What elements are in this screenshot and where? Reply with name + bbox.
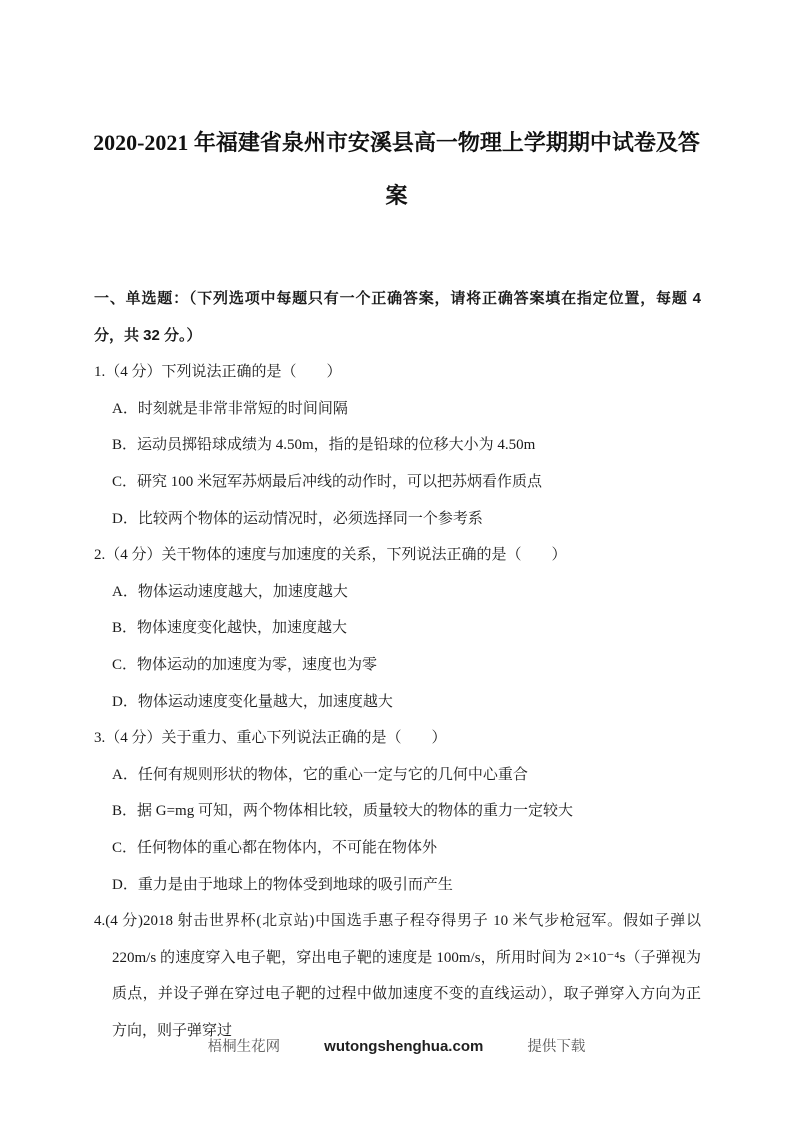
question-2-option-c: C．物体运动的加速度为零，速度也为零 [94,647,701,684]
footer-download-label: 提供下载 [527,1036,585,1058]
question-1-stem: 1.（4 分）下列说法正确的是（ ） [94,354,701,391]
question-4: 4.(4 分)2018 射击世界杯(北京站)中国选手惠子程夺得男子 10 米气步… [94,903,701,1049]
document-title-line-2: 案 [52,169,741,222]
question-1-option-b: B．运动员掷铅球成绩为 4.50m，指的是铅球的位移大小为 4.50m [94,427,701,464]
question-4-stem: 4.(4 分)2018 射击世界杯(北京站)中国选手惠子程夺得男子 10 米气步… [94,903,701,1049]
exam-body: 一、单选题：（下列选项中每题只有一个正确答案，请将正确答案填在指定位置，每题 4… [94,281,701,1049]
document-title-line-1: 2020-2021 年福建省泉州市安溪县高一物理上学期期中试卷及答 [52,116,741,169]
page-footer: 梧桐生花网 wutongshenghua.com 提供下载 [0,1036,793,1058]
section-heading: 一、单选题：（下列选项中每题只有一个正确答案，请将正确答案填在指定位置，每题 4… [94,281,701,354]
footer-site-url: wutongshenghua.com [324,1036,483,1058]
question-1-option-a: A．时刻就是非常非常短的时间间隔 [94,391,701,428]
question-3-option-d: D．重力是由于地球上的物体受到地球的吸引而产生 [94,867,701,904]
question-3-stem: 3.（4 分）关于重力、重心下列说法正确的是（ ） [94,720,701,757]
question-1-option-d: D．比较两个物体的运动情况时，必须选择同一个参考系 [94,501,701,538]
question-3-option-a: A．任何有规则形状的物体，它的重心一定与它的几何中心重合 [94,757,701,794]
question-1-option-c: C．研究 100 米冠军苏炳最后冲线的动作时，可以把苏炳看作质点 [94,464,701,501]
question-2-option-a: A．物体运动速度越大，加速度越大 [94,574,701,611]
question-3: 3.（4 分）关于重力、重心下列说法正确的是（ ） A．任何有规则形状的物体，它… [94,720,701,903]
document-title: 2020-2021 年福建省泉州市安溪县高一物理上学期期中试卷及答 案 [52,116,741,222]
question-3-option-c: C．任何物体的重心都在物体内，不可能在物体外 [94,830,701,867]
question-1: 1.（4 分）下列说法正确的是（ ） A．时刻就是非常非常短的时间间隔 B．运动… [94,354,701,537]
question-2-option-b: B．物体速度变化越快，加速度越大 [94,610,701,647]
question-2-option-d: D．物体运动速度变化量越大，加速度越大 [94,684,701,721]
question-2-stem: 2.（4 分）关干物体的速度与加速度的关系，下列说法正确的是（ ） [94,537,701,574]
question-2: 2.（4 分）关干物体的速度与加速度的关系，下列说法正确的是（ ） A．物体运动… [94,537,701,720]
question-3-option-b: B．据 G=mg 可知，两个物体相比较，质量较大的物体的重力一定较大 [94,793,701,830]
footer-site-name: 梧桐生花网 [208,1036,281,1058]
document-page: 2020-2021 年福建省泉州市安溪县高一物理上学期期中试卷及答 案 一、单选… [0,0,793,1122]
